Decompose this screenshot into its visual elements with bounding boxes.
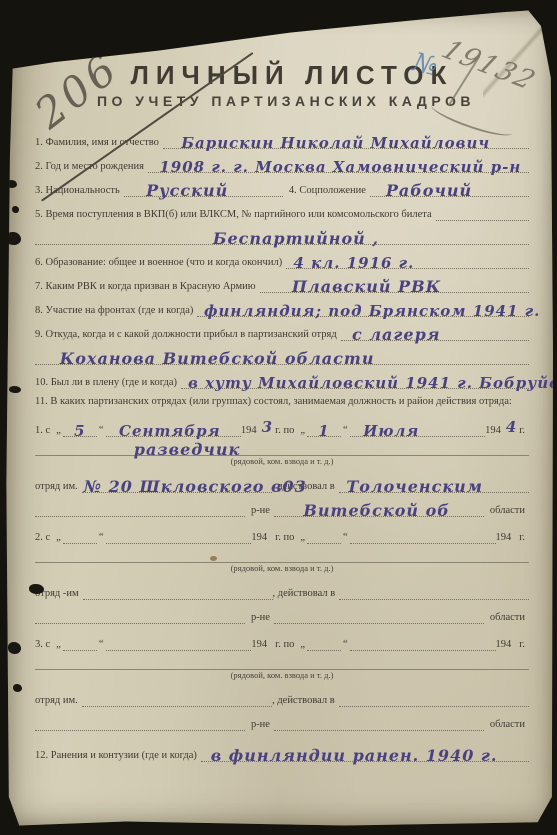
year-prefix: 194 bbox=[241, 425, 261, 437]
field-line: в хуту Михайловский 1941 г. Бобруйск bbox=[181, 365, 529, 389]
day-line: 1 bbox=[307, 413, 341, 437]
unit-line: № 20 Шкловского в03 bbox=[82, 469, 272, 493]
punch-hole bbox=[6, 232, 21, 245]
service-period-row-3: 3. с „ “ 194 г. по „ “ 194 г. bbox=[35, 627, 529, 651]
day-line: 5 bbox=[63, 413, 97, 437]
position-row-1: разведчик bbox=[35, 437, 529, 456]
field-nationality-social-row: 3. Национальность Русский 4. Соцположени… bbox=[35, 173, 529, 197]
quote-mark: „ bbox=[298, 639, 307, 651]
year-prefix: 194 bbox=[496, 639, 516, 651]
field-surname-row: 1. Фамилия, имя и отчество Барискин Нико… bbox=[35, 125, 529, 149]
district-row-3: р-не области bbox=[35, 707, 529, 731]
punch-hole bbox=[12, 206, 19, 213]
document-page: 206 № 19132 ЛИЧНЫЙ ЛИСТОК ПО УЧЕТУ ПАРТИ… bbox=[5, 8, 553, 828]
position-line bbox=[35, 544, 529, 563]
oblast-line bbox=[274, 600, 484, 624]
position-row-3 bbox=[35, 651, 529, 670]
field-label: 9. Откуда, когда и с какой должности при… bbox=[35, 329, 341, 341]
quote-mark: „ bbox=[54, 639, 63, 651]
field-line: Барискин Николай Михайлович bbox=[163, 125, 529, 149]
handwritten-value: с лагеря bbox=[352, 325, 441, 344]
handwritten-year-digit: 3 bbox=[261, 418, 275, 437]
field-label: 6. Образование: общее и военное (что и к… bbox=[35, 257, 286, 269]
day-line bbox=[63, 627, 97, 651]
field-arrival-row: 9. Откуда, когда и с какой должности при… bbox=[35, 317, 529, 341]
district-row-1: р-не Витебской об области bbox=[35, 493, 529, 517]
field-label: 8. Участие на фронтах (где и когда) bbox=[35, 305, 197, 317]
handwritten-position: разведчик bbox=[134, 440, 240, 459]
quote-mark: „ bbox=[298, 532, 307, 544]
day-line bbox=[63, 520, 97, 544]
field-line: финляндия; под Брянском 1941 г. bbox=[197, 293, 529, 317]
year-prefix: 194 bbox=[485, 425, 505, 437]
year-prefix: 194 bbox=[496, 532, 516, 544]
field-label: 1. Фамилия, имя и отчество bbox=[35, 137, 163, 149]
field-rvk-row: 7. Каким РВК и когда призван в Красную А… bbox=[35, 269, 529, 293]
oblast-label: области bbox=[484, 612, 529, 624]
quote-mark: „ bbox=[298, 425, 307, 437]
field-line: 1908 г. г. Москва Хамовнический р-н bbox=[148, 149, 529, 173]
quote-mark: “ bbox=[97, 425, 106, 437]
quote-mark: „ bbox=[54, 425, 63, 437]
acted-line: Толоченским bbox=[339, 469, 529, 493]
quote-mark: “ bbox=[341, 639, 350, 651]
year-prefix: 194 bbox=[251, 532, 271, 544]
entry-number: 2. с bbox=[35, 532, 54, 544]
position-hint: (рядовой, ком. взвода и т. д.) bbox=[35, 456, 529, 469]
year-prefix: 194 bbox=[251, 639, 271, 651]
to-label: г. по bbox=[275, 532, 298, 544]
oblast-line: Витебской об bbox=[274, 493, 484, 517]
field-line: в финляндии ранен. 1940 г. bbox=[201, 738, 529, 762]
year-suffix: г. bbox=[519, 532, 529, 544]
service-period-row-1: 1. с „ 5 “ Сентября 1943 г. по „ 1 “ Июл… bbox=[35, 413, 529, 437]
district-label: р-не bbox=[245, 719, 274, 731]
handwritten-day: 1 bbox=[318, 422, 329, 440]
year-suffix: г. bbox=[519, 425, 529, 437]
handwritten-value: Беспартийной , bbox=[213, 229, 379, 248]
field-line: 4 кл. 1916 г. bbox=[286, 245, 529, 269]
entry-number: 3. с bbox=[35, 639, 54, 651]
day-line bbox=[307, 520, 341, 544]
unit-label: отряд им. bbox=[35, 695, 82, 707]
handwritten-month: Июля bbox=[363, 422, 419, 440]
month-line bbox=[350, 520, 496, 544]
position-hint: (рядовой, ком. взвода и т. д.) bbox=[35, 563, 529, 576]
month-line: Сентября bbox=[106, 413, 241, 437]
handwritten-value: в хуту Михайловский 1941 г. Бобруйск bbox=[188, 374, 557, 392]
form-body: 1. Фамилия, имя и отчество Барискин Нико… bbox=[5, 125, 553, 762]
handwritten-value: Рабочий bbox=[386, 181, 472, 200]
district-label: р-не bbox=[245, 612, 274, 624]
acted-label: , действовал в bbox=[273, 588, 340, 600]
quote-mark: „ bbox=[54, 532, 63, 544]
field-line: Рабочий bbox=[370, 173, 529, 197]
month-line bbox=[350, 627, 496, 651]
position-line bbox=[35, 651, 529, 670]
handwritten-value: Коханова Витебской области bbox=[60, 349, 375, 368]
district-line bbox=[35, 600, 245, 624]
month-line: Июля bbox=[350, 413, 485, 437]
acted-label: , действовал в bbox=[272, 695, 339, 707]
field-line: Русский bbox=[124, 173, 283, 197]
to-label: г. по bbox=[275, 639, 298, 651]
unit-line bbox=[83, 576, 273, 600]
district-line bbox=[35, 707, 245, 731]
handwritten-day: 5 bbox=[74, 422, 85, 440]
handwritten-value: финляндия; под Брянском 1941 г. bbox=[204, 302, 540, 320]
quote-mark: “ bbox=[97, 532, 106, 544]
month-line bbox=[106, 520, 252, 544]
service-period-row-2: 2. с „ “ 194 г. по „ “ 194 г. bbox=[35, 520, 529, 544]
field-units-intro: 11. В каких партизанских отрядах (или гр… bbox=[35, 394, 529, 410]
position-line: разведчик bbox=[35, 437, 529, 456]
field-label: 5. Время поступления в ВКП(б) или ВЛКСМ,… bbox=[35, 209, 436, 221]
position-row-2 bbox=[35, 544, 529, 563]
field-label: 4. Соцположение bbox=[283, 185, 370, 197]
field-arrival-answer-row: Коханова Витебской области bbox=[35, 341, 529, 365]
handwritten-value: Барискин Николай Михайлович bbox=[181, 134, 490, 152]
entry-number: 1. с bbox=[35, 425, 54, 437]
unit-line bbox=[82, 683, 272, 707]
position-hint: (рядовой, ком. взвода и т. д.) bbox=[35, 670, 529, 683]
oblast-line bbox=[274, 707, 484, 731]
punch-hole bbox=[13, 684, 22, 692]
field-line: Беспартийной , bbox=[35, 221, 529, 245]
oblast-label: области bbox=[484, 505, 529, 517]
field-label: 12. Ранения и контузии (где и когда) bbox=[35, 750, 201, 762]
field-line bbox=[436, 197, 529, 221]
field-wounds-row: 12. Ранения и контузии (где и когда) в ф… bbox=[35, 738, 529, 762]
quote-mark: “ bbox=[341, 532, 350, 544]
handwritten-value: Плавский РВК bbox=[292, 277, 441, 296]
field-party-answer-row: Беспартийной , bbox=[35, 221, 529, 245]
field-line: с лагеря bbox=[341, 317, 529, 341]
handwritten-value: в финляндии ранен. 1940 г. bbox=[211, 746, 498, 765]
district-line bbox=[35, 493, 245, 517]
punch-hole bbox=[8, 642, 21, 654]
acted-line bbox=[339, 576, 529, 600]
quote-mark: “ bbox=[341, 425, 350, 437]
handwritten-oblast: Витебской об bbox=[303, 501, 450, 520]
unit-row-1: отряд им. № 20 Шкловского в03 , действов… bbox=[35, 469, 529, 493]
unit-row-3: отряд им. , действовал в bbox=[35, 683, 529, 707]
handwritten-month: Сентября bbox=[119, 422, 221, 440]
blue-number-symbol: № bbox=[410, 47, 441, 82]
unit-row-2: отряд -им , действовал в bbox=[35, 576, 529, 600]
field-education-row: 6. Образование: общее и военное (что и к… bbox=[35, 245, 529, 269]
pencil-reg-number-group: № 19132 bbox=[435, 44, 545, 134]
handwritten-unit: № 20 Шкловского в03 bbox=[84, 477, 307, 496]
field-label: 10. Был ли в плену (где и когда) bbox=[35, 377, 181, 389]
handwritten-area: Толоченским bbox=[346, 477, 483, 496]
handwritten-value: 1908 г. г. Москва Хамовнический р-н bbox=[159, 158, 521, 176]
oblast-label: области bbox=[484, 719, 529, 731]
handwritten-value: Русский bbox=[146, 181, 228, 200]
field-line: Коханова Витебской области bbox=[35, 341, 529, 365]
month-line bbox=[106, 627, 252, 651]
field-line: Плавский РВК bbox=[260, 269, 529, 293]
punch-hole bbox=[9, 386, 21, 393]
punch-hole bbox=[7, 180, 17, 188]
field-fronts-row: 8. Участие на фронтах (где и когда) финл… bbox=[35, 293, 529, 317]
acted-line bbox=[339, 683, 529, 707]
field-captivity-row: 10. Был ли в плену (где и когда) в хуту … bbox=[35, 365, 529, 389]
quote-mark: “ bbox=[97, 639, 106, 651]
district-row-2: р-не области bbox=[35, 600, 529, 624]
district-label: р-не bbox=[245, 505, 274, 517]
pencil-reg-number: 19132 bbox=[436, 35, 543, 96]
field-label: 7. Каким РВК и когда призван в Красную А… bbox=[35, 281, 260, 293]
year-suffix: г. bbox=[519, 639, 529, 651]
to-label: г. по bbox=[275, 425, 298, 437]
handwritten-year-digit: 4 bbox=[505, 418, 519, 437]
punch-hole bbox=[29, 584, 44, 594]
day-line bbox=[307, 627, 341, 651]
handwritten-value: 4 кл. 1916 г. bbox=[293, 254, 414, 272]
pencil-corner-number: 206 bbox=[26, 43, 129, 138]
unit-label: отряд им. bbox=[35, 481, 82, 493]
field-party-row: 5. Время поступления в ВКП(б) или ВЛКСМ,… bbox=[35, 197, 529, 221]
